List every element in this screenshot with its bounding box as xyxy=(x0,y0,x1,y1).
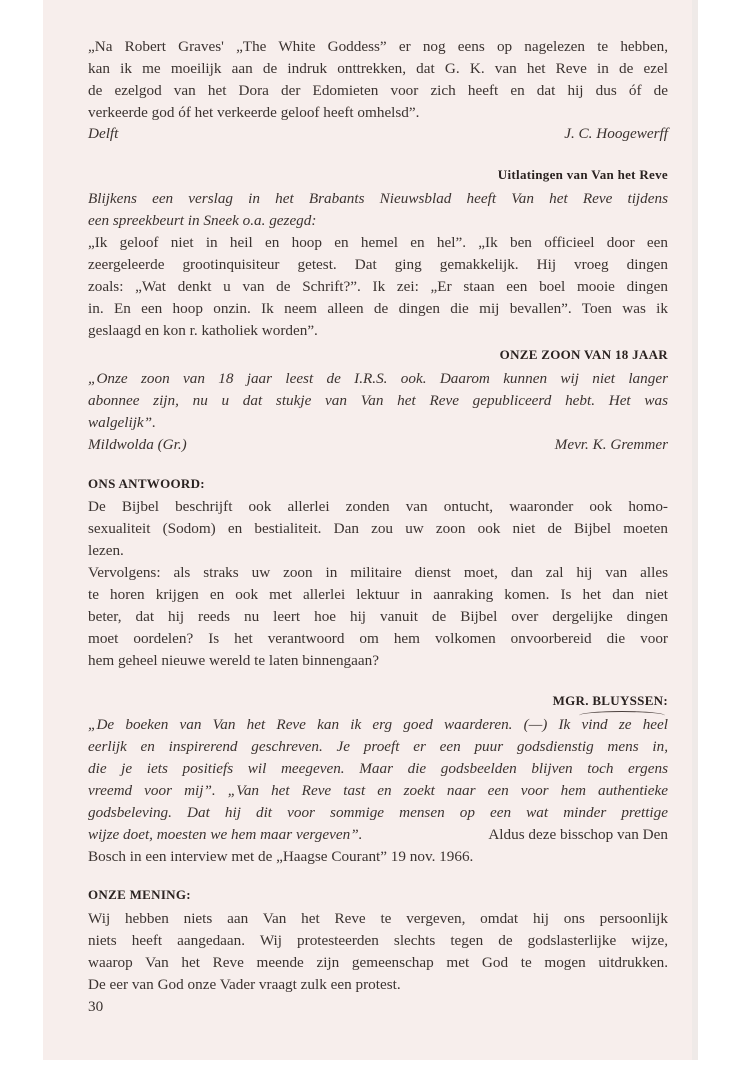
antwoord-line: hem geheel nieuwe wereld te laten binnen… xyxy=(88,652,668,670)
bluyssen-quote-end: wijze doet, moesten we hem maar vergeven… xyxy=(88,826,362,844)
bluyssen-quote-line: eerlijk en inspirerend geschreven. Je pr… xyxy=(88,738,668,756)
document-page: „Na Robert Graves' „The White Goddess” e… xyxy=(43,0,692,1060)
uitlatingen-intro-line: een spreekbeurt in Sneek o.a. gezegd: xyxy=(88,212,668,230)
letter1-line: kan ik me moeilijk aan de indruk onttrek… xyxy=(88,60,668,78)
uitlatingen-quote-line: zeergeleerde grootinquisiteur getest. Da… xyxy=(88,256,668,274)
antwoord-line: te horen krijgen en ook met allerlei lek… xyxy=(88,586,668,604)
zoon-quote-line: walgelijk”. xyxy=(88,414,668,432)
heading-onze-mening: ONZE MENING: xyxy=(88,886,668,904)
page-number: 30 xyxy=(88,998,668,1016)
antwoord-line: lezen. xyxy=(88,542,668,560)
antwoord-line: beter, dat hij reeds nu leert hoe hij va… xyxy=(88,608,668,626)
antwoord-line: Vervolgens: als straks uw zoon in milita… xyxy=(88,564,668,582)
letter1-author: J. C. Hoogewerff xyxy=(564,125,668,143)
mening-line: waarop Van het Reve meende zijn gemeensc… xyxy=(88,954,668,972)
heading-onze-zoon: ONZE ZOON VAN 18 JAAR xyxy=(88,346,668,364)
mening-line: Wij hebben niets aan Van het Reve te ver… xyxy=(88,910,668,928)
mening-line: De eer van God onze Vader vraagt zulk ee… xyxy=(88,976,668,994)
heading-ons-antwoord: ONS ANTWOORD: xyxy=(88,475,668,493)
letter1-place: Delft xyxy=(88,125,118,143)
zoon-quote-line: abonnee zijn, nu u dat stukje van Van he… xyxy=(88,392,668,410)
antwoord-line: moet oordelen? Is het verantwoord om hem… xyxy=(88,630,668,648)
zoon-signature: Mildwolda (Gr.) Mevr. K. Gremmer xyxy=(88,436,668,454)
zoon-quote-line: „Onze zoon van 18 jaar leest de I.R.S. o… xyxy=(88,370,668,388)
letter1-signature: Delft J. C. Hoogewerff xyxy=(88,125,668,143)
bluyssen-quote-line: die je iets positiefs wil meegeven. Maar… xyxy=(88,760,668,778)
handwritten-underline-mark xyxy=(579,711,665,720)
letter1-line: de ezelgod van het Dora der Edomieten vo… xyxy=(88,82,668,100)
uitlatingen-quote-line: geslaagd en kon r. katholiek worden”. xyxy=(88,322,668,340)
uitlatingen-intro-line: Blijkens een verslag in het Brabants Nie… xyxy=(88,190,668,208)
uitlatingen-quote-line: zoals: „Wat denkt u van de Schrift?”. Ik… xyxy=(88,278,668,296)
antwoord-line: De Bijbel beschrijft ook allerlei zonden… xyxy=(88,498,668,516)
bluyssen-quote-line: godsbeleving. Dat hij dit voor sommige m… xyxy=(88,804,668,822)
bluyssen-attribution: Aldus deze bisschop van Den xyxy=(488,826,668,844)
heading-uitlatingen: Uitlatingen van Van het Reve xyxy=(88,166,668,184)
mening-line: niets heeft aangedaan. Wij protesteerden… xyxy=(88,932,668,950)
uitlatingen-quote-line: in. En een hoop onzin. Ik neem alleen de… xyxy=(88,300,668,318)
bluyssen-mixed-line: wijze doet, moesten we hem maar vergeven… xyxy=(88,826,668,844)
bluyssen-source-line: Bosch in een interview met de „Haagse Co… xyxy=(88,848,668,866)
zoon-author: Mevr. K. Gremmer xyxy=(555,436,668,454)
uitlatingen-quote-line: „Ik geloof niet in heil en hoop en hemel… xyxy=(88,234,668,252)
zoon-place: Mildwolda (Gr.) xyxy=(88,436,187,454)
letter1-line: „Na Robert Graves' „The White Goddess” e… xyxy=(88,38,668,56)
bluyssen-quote-line: vreemd voor mij”. „Van het Reve tast en … xyxy=(88,782,668,800)
letter1-line: verkeerde god óf het verkeerde geloof he… xyxy=(88,104,668,122)
antwoord-line: sexualiteit (Sodom) en bestialiteit. Dan… xyxy=(88,520,668,538)
heading-mgr-bluyssen: MGR. BLUYSSEN: xyxy=(88,692,668,710)
